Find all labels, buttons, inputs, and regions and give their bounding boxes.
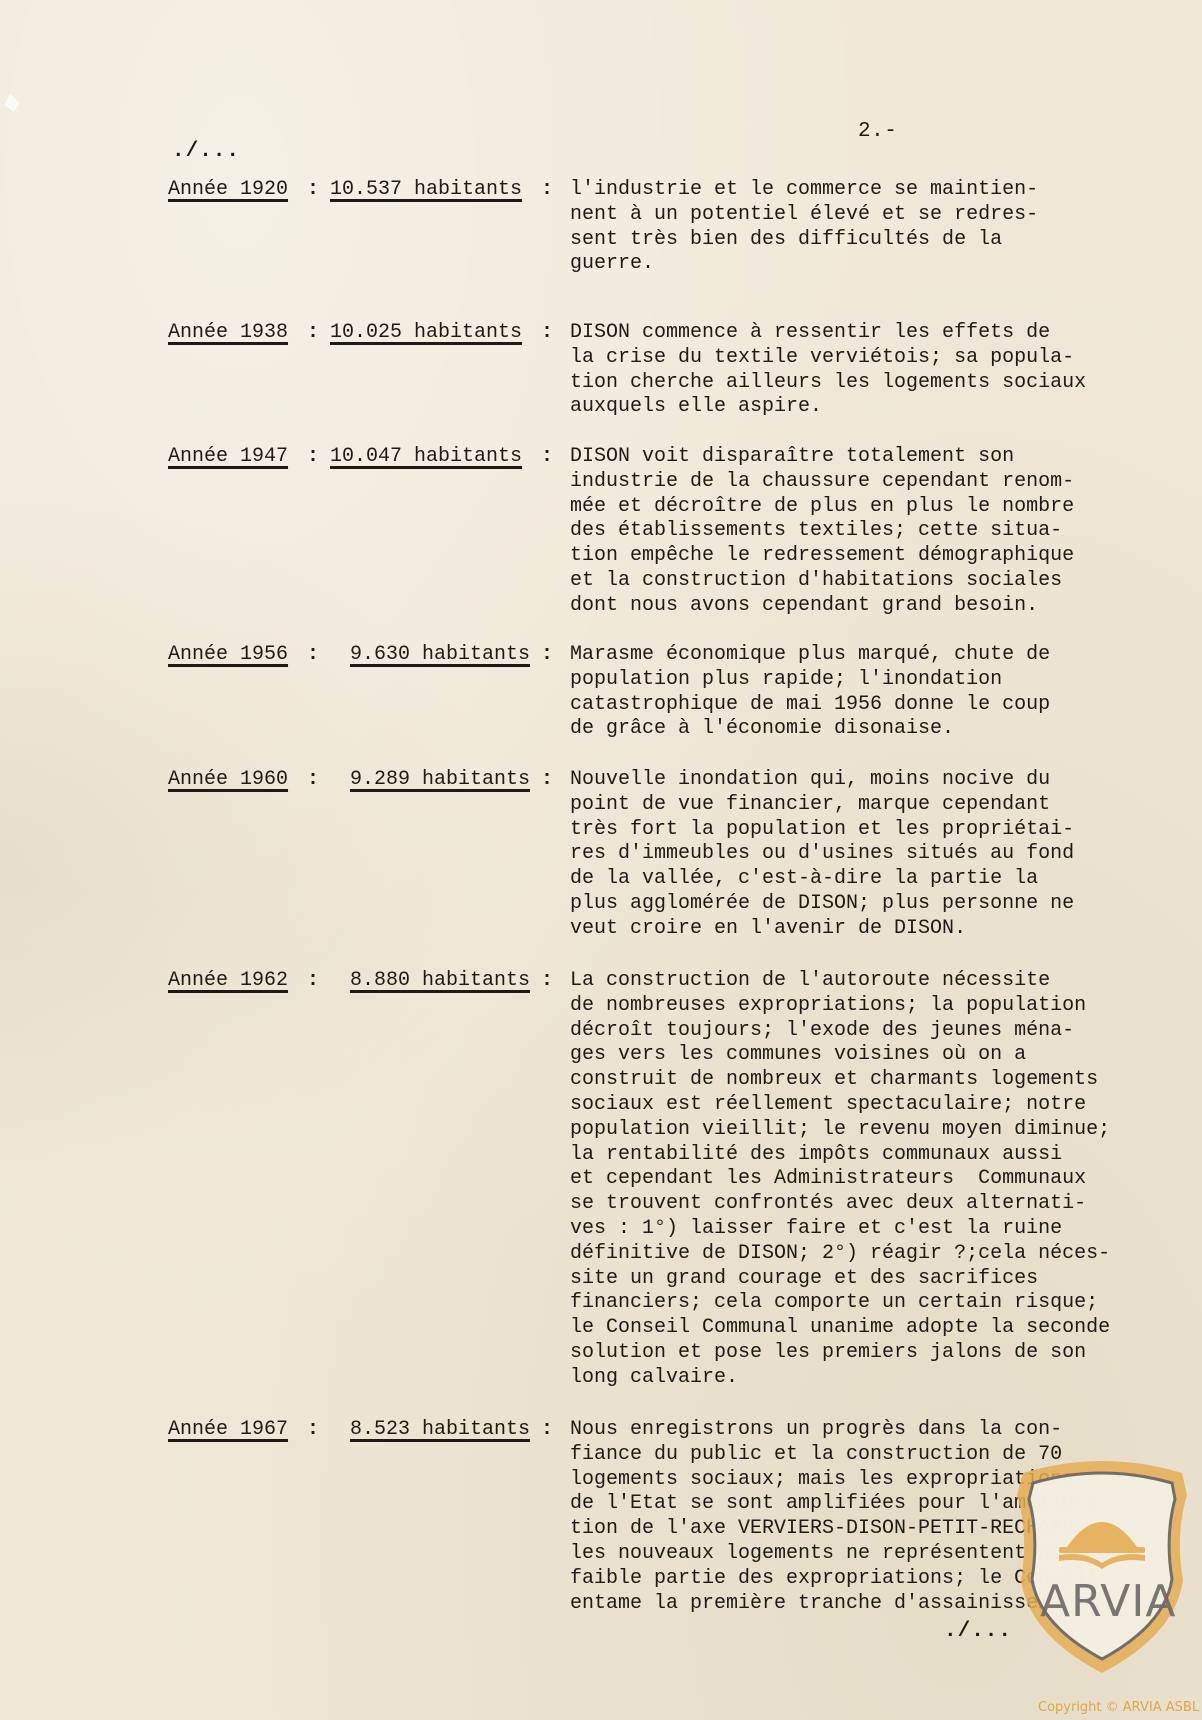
text-line: tion cherche ailleurs les logements soci… (570, 371, 1130, 396)
entry-description: La construction de l'autoroute nécessite… (570, 969, 1130, 1391)
population-label: 10.537 habitants (330, 178, 530, 201)
text-line: population plus rapide; l'inondation (570, 668, 1130, 693)
population-label: 8.523 habitants (330, 1418, 530, 1441)
separator: : (296, 969, 330, 992)
text-line: auxquels elle aspire. (570, 395, 1130, 420)
text-line: la crise du textile verviétois; sa popul… (570, 346, 1130, 371)
separator: : (530, 969, 564, 992)
separator: : (296, 178, 330, 201)
text-line: l'industrie et le commerce se maintien- (570, 178, 1130, 203)
text-line: des établissements textiles; cette situa… (570, 519, 1130, 544)
continuation-marker-bottom: ./... (944, 1620, 1012, 1643)
entry-description: DISON commence à ressentir les effets de… (570, 321, 1130, 420)
text-line: industrie de la chaussure cependant reno… (570, 470, 1130, 495)
text-line: nent à un potentiel élevé et se redres- (570, 203, 1130, 228)
text-line: guerre. (570, 252, 1130, 277)
text-line: ges vers les communes voisines où on a (570, 1043, 1130, 1068)
year-label: Année 1920 (168, 178, 296, 201)
text-line: financiers; cela comporte un certain ris… (570, 1291, 1130, 1316)
year-label: Année 1956 (168, 643, 296, 666)
entry-heading: Année 1956:9.630 habitants: (168, 643, 564, 666)
text-line: long calvaire. (570, 1366, 1130, 1391)
year-label: Année 1967 (168, 1418, 296, 1441)
separator: : (296, 768, 330, 791)
text-line: et la construction d'habitations sociale… (570, 569, 1130, 594)
text-line: Nouvelle inondation qui, moins nocive du (570, 768, 1130, 793)
population-label: 10.047 habitants (330, 445, 530, 468)
entry-heading: Année 1962:8.880 habitants: (168, 969, 564, 992)
year-label: Année 1960 (168, 768, 296, 791)
continuation-marker-top: ./... (172, 140, 240, 163)
entry-heading: Année 1960:9.289 habitants: (168, 768, 564, 791)
text-line: solution et pose les premiers jalons de … (570, 1341, 1130, 1366)
text-line: de grâce à l'économie disonaise. (570, 717, 1130, 742)
year-label: Année 1938 (168, 321, 296, 344)
text-line: La construction de l'autoroute nécessite (570, 969, 1130, 994)
text-line: population vieillit; le revenu moyen dim… (570, 1118, 1130, 1143)
page-number: 2.- (858, 120, 897, 143)
text-line: le Conseil Communal unanime adopte la se… (570, 1316, 1130, 1341)
text-line: veut croire en l'avenir de DISON. (570, 917, 1130, 942)
text-line: définitive de DISON; 2°) réagir ?;cela n… (570, 1242, 1130, 1267)
separator: : (530, 1418, 564, 1441)
text-line: se trouvent confrontés avec deux alterna… (570, 1192, 1130, 1217)
text-line: point de vue financier, marque cependant (570, 793, 1130, 818)
text-line: catastrophique de mai 1956 donne le coup (570, 693, 1130, 718)
population-label: 10.025 habitants (330, 321, 530, 344)
text-line: de nombreuses expropriations; la populat… (570, 994, 1130, 1019)
text-line: sociaux est réellement spectaculaire; no… (570, 1093, 1130, 1118)
text-line: DISON commence à ressentir les effets de (570, 321, 1130, 346)
text-line: de la vallée, c'est-à-dire la partie la (570, 867, 1130, 892)
entry-description: l'industrie et le commerce se maintien- … (570, 178, 1130, 277)
population-label: 9.630 habitants (330, 643, 530, 666)
paper-tear-mark (4, 94, 20, 112)
separator: : (530, 643, 564, 666)
text-line: décroît toujours; l'exode des jeunes mén… (570, 1019, 1130, 1044)
population-label: 9.289 habitants (330, 768, 530, 791)
arvia-shield-logo-icon (1015, 1455, 1190, 1677)
entry-description: Nouvelle inondation qui, moins nocive du… (570, 768, 1130, 942)
year-label: Année 1962 (168, 969, 296, 992)
separator: : (530, 178, 564, 201)
entry-heading: Année 1967:8.523 habitants: (168, 1418, 564, 1441)
text-line: sent très bien des difficultés de la (570, 228, 1130, 253)
text-line: site un grand courage et des sacrifices (570, 1267, 1130, 1292)
text-line: plus agglomérée de DISON; plus personne … (570, 892, 1130, 917)
separator: : (296, 445, 330, 468)
text-line: la rentabilité des impôts communaux auss… (570, 1143, 1130, 1168)
copyright-notice: Copyright © ARVIA ASBL (1038, 1700, 1199, 1715)
text-line: construit de nombreux et charmants logem… (570, 1068, 1130, 1093)
separator: : (296, 1418, 330, 1441)
text-line: mée et décroître de plus en plus le nomb… (570, 495, 1130, 520)
text-line: Marasme économique plus marqué, chute de (570, 643, 1130, 668)
separator: : (530, 768, 564, 791)
separator: : (530, 321, 564, 344)
text-line: Nous enregistrons un progrès dans la con… (570, 1418, 1130, 1443)
text-line: dont nous avons cependant grand besoin. (570, 594, 1130, 619)
entry-description: Marasme économique plus marqué, chute de… (570, 643, 1130, 742)
entry-description: DISON voit disparaître totalement son in… (570, 445, 1130, 619)
text-line: et cependant les Administrateurs Communa… (570, 1167, 1130, 1192)
entry-heading: Année 1920:10.537 habitants: (168, 178, 564, 201)
population-label: 8.880 habitants (330, 969, 530, 992)
text-line: DISON voit disparaître totalement son (570, 445, 1130, 470)
separator: : (296, 321, 330, 344)
text-line: ves : 1°) laisser faire et c'est la ruin… (570, 1217, 1130, 1242)
text-line: res d'immeubles ou d'usines situés au fo… (570, 842, 1130, 867)
entry-heading: Année 1947:10.047 habitants: (168, 445, 564, 468)
separator: : (530, 445, 564, 468)
separator: : (296, 643, 330, 666)
text-line: tion empêche le redressement démographiq… (570, 544, 1130, 569)
text-line: très fort la population et les propriéta… (570, 818, 1130, 843)
year-label: Année 1947 (168, 445, 296, 468)
arvia-logo-text: ARVIA (1040, 1576, 1176, 1627)
entry-heading: Année 1938:10.025 habitants: (168, 321, 564, 344)
